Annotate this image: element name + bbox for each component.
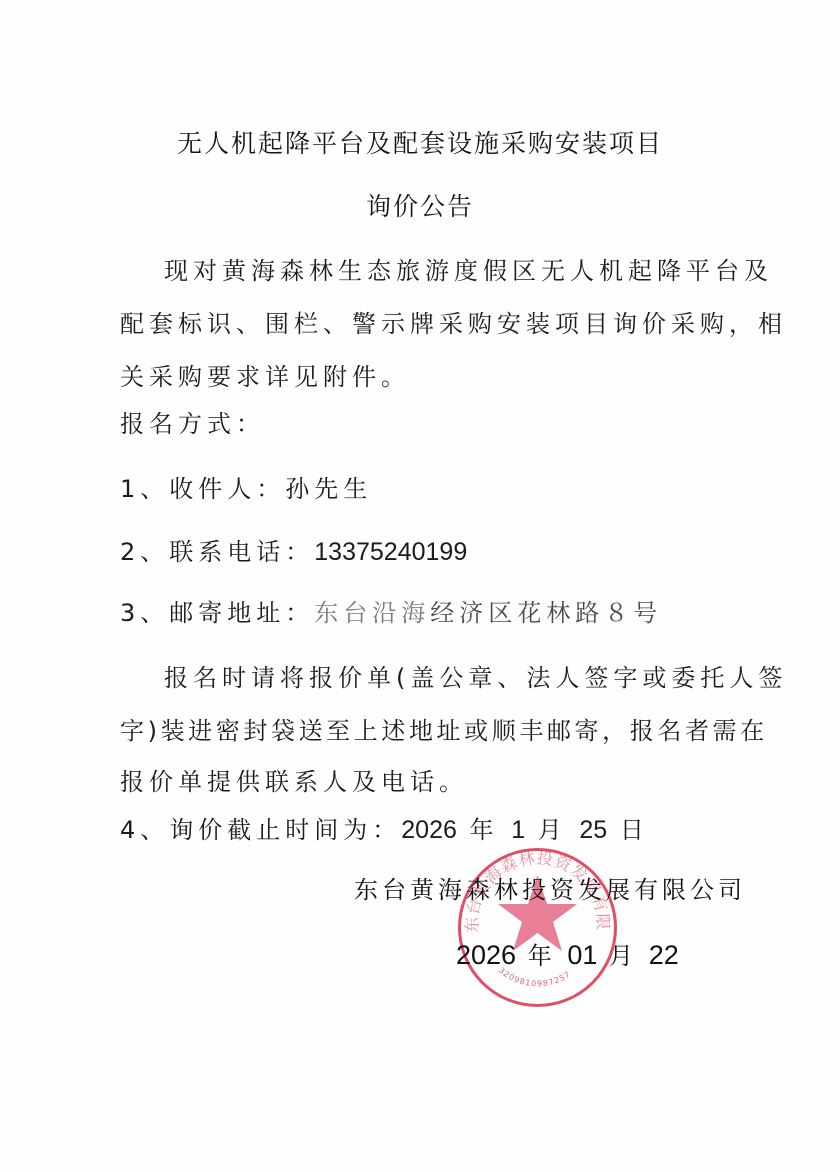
company-seal: 东台黄海森林投资发展有限公司 3209810987257: [455, 845, 620, 1010]
intro-line-3: 关采购要求详见附件。: [120, 362, 410, 392]
registration-heading: 报名方式：: [120, 409, 265, 439]
signature-date: 2026 年 01 月 22: [456, 940, 679, 971]
instructions-line-2: 字)装进密封袋送至上述地址或顺丰邮寄，报名者需在: [120, 716, 768, 746]
instructions-line-3: 报价单提供联系人及电话。: [120, 767, 468, 797]
item-address-label: 3、邮寄地址：: [120, 599, 314, 627]
instructions-line-1: 报名时请将报价单(盖公章、法人签字或委托人签: [164, 663, 787, 693]
signature-day: 22: [649, 940, 679, 970]
item-address: 3、邮寄地址：东台沿海经济区花林路８号: [120, 598, 662, 628]
item-address-value: 经济区花林路８号: [430, 599, 662, 627]
signature-month: 01: [567, 940, 597, 970]
signature-company: 东台黄海森林投资发展有限公司: [354, 875, 746, 905]
document-title: 无人机起降平台及配套设施采购安装项目: [0, 128, 840, 160]
deadline-month-unit: 月: [538, 816, 567, 844]
item-phone-value: 13375240199: [314, 538, 467, 566]
signature-year: 2026: [456, 940, 516, 970]
deadline-day-unit: 日: [620, 816, 649, 844]
item-address-value-faded: 东台沿海: [314, 599, 430, 627]
intro-line-1: 现对黄海森林生态旅游度假区无人机起降平台及: [164, 256, 773, 286]
deadline-day: 25: [579, 816, 607, 844]
item-recipient-value: 孙先生: [285, 475, 372, 503]
intro-line-2: 配套标识、围栏、警示牌采购安装项目询价采购，相: [120, 309, 787, 339]
signature-month-unit: 月: [609, 942, 637, 970]
deadline: 4、询价截止时间为：2026 年 1 月 25 日: [120, 815, 649, 845]
deadline-label: 4、询价截止时间为：: [120, 816, 401, 844]
item-recipient-label: 1、收件人：: [120, 475, 285, 503]
item-recipient: 1、收件人：孙先生: [120, 474, 372, 504]
document-page: 无人机起降平台及配套设施采购安装项目 询价公告 现对黄海森林生态旅游度假区无人机…: [0, 0, 840, 1172]
deadline-year-unit: 年: [470, 816, 499, 844]
deadline-year: 2026: [401, 816, 457, 844]
signature-year-unit: 年: [528, 942, 556, 970]
item-phone: 2、联系电话：13375240199: [120, 537, 467, 567]
deadline-month: 1: [511, 816, 525, 844]
document-subtitle: 询价公告: [0, 191, 840, 223]
item-phone-label: 2、联系电话：: [120, 538, 314, 566]
